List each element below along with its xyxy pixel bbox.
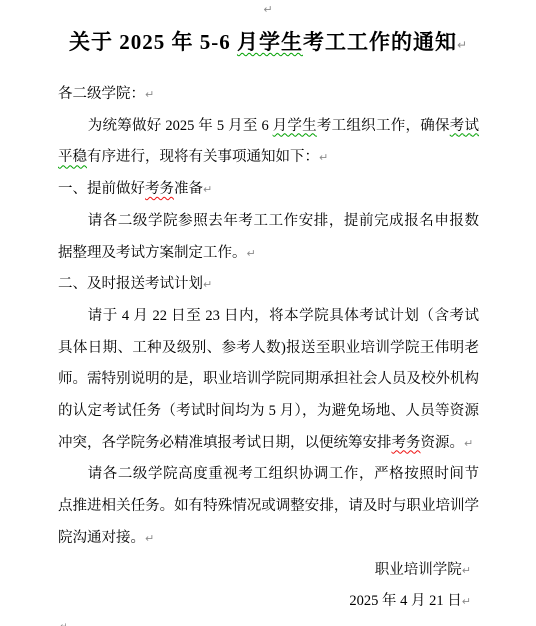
- paragraph-mark-icon: ↵: [60, 622, 68, 626]
- closing-text: 请各二级学院高度重视考工组织协调工作，严格按照时间节点推进相关任务。如有特殊情况…: [58, 466, 479, 545]
- paragraph-mark-icon: ↵: [247, 247, 256, 260]
- paragraph-mark-icon: ↵: [457, 38, 467, 52]
- intro-text: 为统筹做好 2025 年 5 月至 6: [88, 118, 273, 134]
- section-1-paragraph[interactable]: 请各二级学院参照去年考工工作安排，提前完成报名申报数据整理及考试方案制定工作。↵: [58, 206, 479, 269]
- section-1-text: 请各二级学院参照去年考工工作安排，提前完成报名申报数据整理及考试方案制定工作。: [58, 213, 479, 261]
- section-2-text: 资源。: [421, 435, 465, 451]
- paragraph-mark-icon: ↵: [464, 437, 473, 450]
- salutation-text: 各二级学院：: [58, 86, 145, 102]
- document-page[interactable]: ↵ 关于 2025 年 5-6 月学生考工工作的通知↵ 各二级学院：↵ 为统筹做…: [0, 0, 536, 626]
- section-2-heading[interactable]: 二、及时报送考试计划↵: [58, 269, 479, 301]
- paragraph-mark-icon: ↵: [319, 151, 328, 164]
- paragraph-mark-icon: ↵: [145, 532, 154, 545]
- intro-text: 有序进行，现将有关事项通知如下：: [87, 149, 319, 165]
- document-title[interactable]: 关于 2025 年 5-6 月学生考工工作的通知↵: [0, 25, 536, 62]
- empty-paragraph-bottom[interactable]: ↵: [58, 618, 479, 626]
- title-text: 考工工作的通知: [303, 30, 457, 54]
- intro-text: 考工组织工作，确保: [317, 118, 450, 134]
- signature-text: 职业培训学院: [375, 562, 462, 578]
- section-1-heading[interactable]: 一、提前做好考务准备↵: [58, 174, 479, 206]
- title-text-grammar-flagged: 月学生: [237, 30, 303, 54]
- section-2-text-spelling-flagged: 考务: [392, 435, 421, 451]
- document-body: 各二级学院：↵ 为统筹做好 2025 年 5 月至 6 月学生考工组织工作，确保…: [0, 79, 536, 626]
- paragraph-mark-icon: ↵: [203, 278, 212, 291]
- paragraph-mark-icon: ↵: [462, 564, 471, 577]
- paragraph-mark-icon: ↵: [145, 88, 154, 101]
- paragraph-mark-icon: ↵: [462, 595, 471, 608]
- heading-text: 二、及时报送考试计划: [58, 276, 203, 292]
- intro-paragraph[interactable]: 为统筹做好 2025 年 5 月至 6 月学生考工组织工作，确保考试平稳有序进行…: [58, 111, 479, 174]
- closing-paragraph[interactable]: 请各二级学院高度重视考工组织协调工作，严格按照时间节点推进相关任务。如有特殊情况…: [58, 459, 479, 554]
- heading-text: 准备: [174, 181, 203, 197]
- intro-text-grammar-flagged: 月学生: [273, 118, 317, 134]
- section-2-paragraph[interactable]: 请于 4 月 22 日至 23 日内，将本学院具体考试计划（含考试具体日期、工种…: [58, 301, 479, 460]
- date-line[interactable]: 2025 年 4 月 21 日↵: [58, 586, 479, 618]
- salutation-paragraph[interactable]: 各二级学院：↵: [58, 79, 479, 111]
- empty-paragraph-top[interactable]: ↵: [0, 0, 536, 16]
- paragraph-mark-icon: ↵: [203, 183, 212, 196]
- signature-line[interactable]: 职业培训学院↵: [58, 555, 479, 587]
- paragraph-mark-icon: ↵: [263, 3, 272, 16]
- heading-text: 一、提前做好: [58, 181, 145, 197]
- title-text: 关于 2025 年 5-6: [69, 30, 237, 54]
- date-text: 2025 年 4 月 21 日: [349, 593, 461, 609]
- heading-text-spelling-flagged: 考务: [145, 181, 174, 197]
- section-2-text: 请于 4 月 22 日至 23 日内，将本学院具体考试计划（含考试具体日期、工种…: [58, 308, 479, 451]
